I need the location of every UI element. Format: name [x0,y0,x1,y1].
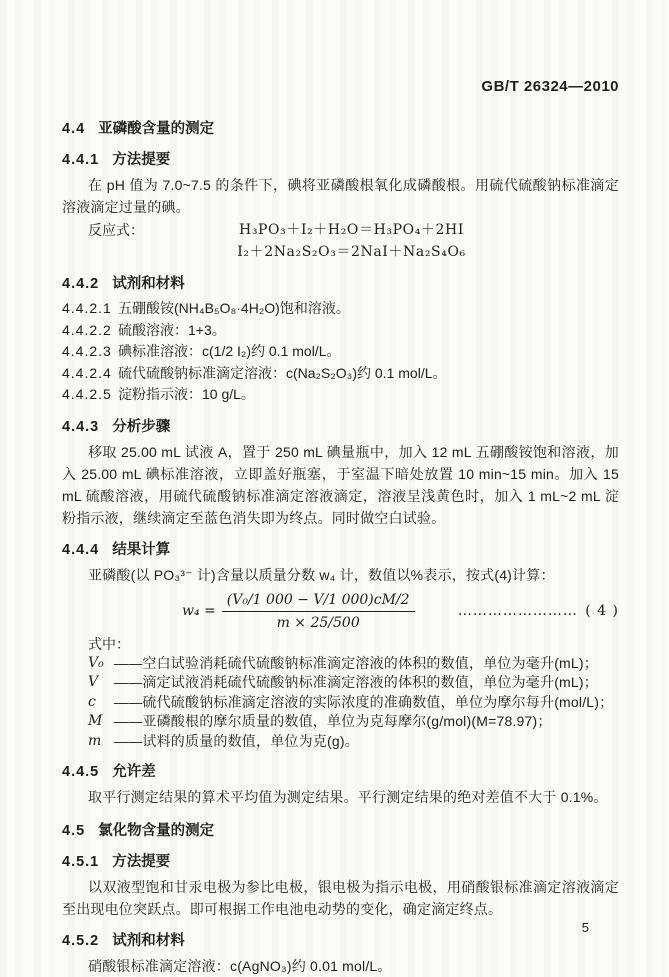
section-title: 允许差 [112,763,156,782]
paragraph-tolerance: 取平行测定结果的算术平均值为测定结果。平行测定结果的绝对差值不大于 0.1%。 [62,786,619,808]
variable-symbol: M [88,712,114,732]
variable-symbol: V [88,673,114,693]
paragraph-result-intro: 亚磷酸(以 PO₃³⁻ 计)含量以质量分数 w₄ 计，数值以%表示，按式(4)计… [62,564,619,586]
reaction-equation-2: I₂＋2Na₂S₂O₃＝2NaI＋Na₂S₄O₆ [237,244,466,260]
reagent-text: 五硼酸铵(NH₄B₅O₈·4H₂O)饱和溶液。 [118,298,350,320]
section-number: 4.4.3 [62,418,99,437]
variable-definition: c ——硫代硫酸钠标准滴定溶液的实际浓度的准确数值，单位为摩尔每升(mol/L)… [62,693,619,713]
reagent-number: 4.4.2.1 [62,298,118,320]
reagent-list: 4.4.2.1 五硼酸铵(NH₄B₅O₈·4H₂O)饱和溶液。 4.4.2.2 … [62,298,619,406]
fraction-numerator: (V₀/1 000 − V/1 000)cM/2 [222,591,415,612]
section-title: 氯化物含量的测定 [98,822,214,841]
variable-description: ——空白试验消耗硫代硫酸钠标准滴定溶液的体积的数值，单位为毫升(mL)； [114,654,619,674]
reaction-label: 反应式： [88,219,144,263]
section-number: 4.4.4 [62,541,99,560]
leader-dots: …………………… [458,603,578,619]
paragraph-method-summary: 在 pH 值为 7.0~7.5 的条件下，碘将亚磷酸根氧化成磷酸根。用硫代硫酸钠… [62,174,619,218]
section-number: 4.4.1 [62,151,99,170]
variable-definitions: V₀ ——空白试验消耗硫代硫酸钠标准滴定溶液的体积的数值，单位为毫升(mL)； … [62,654,619,752]
section-number: 4.5 [62,822,85,841]
paragraph-procedure: 移取 25.00 mL 试液 A，置于 250 mL 碘量瓶中，加入 12 mL… [62,441,619,529]
section-heading-4-5-2: 4.5.2 试剂和材料 [62,932,619,951]
section-title: 方法提要 [112,151,170,170]
section-title: 分析步骤 [112,418,170,437]
section-title: 试剂和材料 [112,932,185,951]
reaction-equations: 反应式： H₃PO₃＋I₂＋H₂O＝H₃PO₄＋2HI I₂＋2Na₂S₂O₃＝… [62,219,619,263]
reagent-number: 4.4.2.5 [62,384,118,406]
standard-code-header: GB/T 26324—2010 [62,0,619,96]
variable-description: ——亚磷酸根的摩尔质量的数值，单位为克每摩尔(g/mol)(M=78.97)； [114,712,619,732]
section-number: 4.4.5 [62,763,99,782]
reagent-item: 4.4.2.2 硫酸溶液：1+3。 [62,320,619,342]
variable-symbol: c [88,693,114,713]
section-title: 试剂和材料 [112,275,185,294]
section-heading-4-4-3: 4.4.3 分析步骤 [62,418,619,437]
variable-definition: M ——亚磷酸根的摩尔质量的数值，单位为克每摩尔(g/mol)(M=78.97)… [62,712,619,732]
section-number: 4.4.2 [62,275,99,294]
section-title: 亚磷酸含量的测定 [98,120,214,139]
section-title: 结果计算 [112,541,170,560]
fraction-denominator: m × 25/500 [222,612,415,632]
section-heading-4-5-1: 4.5.1 方法提要 [62,853,619,872]
equation-lhs: w₄ = [182,602,216,620]
equation-number: ( 4 ) [585,603,619,619]
reaction-equation-1: H₃PO₃＋I₂＋H₂O＝H₃PO₄＋2HI [239,222,464,238]
variable-definition: V₀ ——空白试验消耗硫代硫酸钠标准滴定溶液的体积的数值，单位为毫升(mL)； [62,654,619,674]
reagent-item: 4.4.2.3 碘标准溶液：c(1/2 I₂)约 0.1 mol/L。 [62,341,619,363]
equation-body: w₄ = (V₀/1 000 − V/1 000)cM/2 m × 25/500 [182,591,415,632]
reagent-number: 4.4.2.4 [62,363,118,385]
equation-leader: …………………… ( 4 ) [415,602,619,620]
reagent-item: 4.4.2.1 五硼酸铵(NH₄B₅O₈·4H₂O)饱和溶液。 [62,298,619,320]
paragraph-chloride-method: 以双液型饱和甘汞电极为参比电极，银电极为指示电极，用硝酸银标准滴定溶液滴定至出现… [62,876,619,920]
document-page: GB/T 26324—2010 4.4 亚磷酸含量的测定 4.4.1 方法提要 … [0,0,669,977]
paragraph-silver-nitrate: 硝酸银标准滴定溶液：c(AgNO₃)约 0.01 mol/L。 [62,955,619,977]
variable-definition: m ——试料的质量的数值，单位为克(g)。 [62,732,619,752]
variable-description: ——硫代硫酸钠标准滴定溶液的实际浓度的准确数值，单位为摩尔每升(mol/L)； [114,693,619,713]
where-label: 式中： [62,635,619,654]
section-heading-4-4-4: 4.4.4 结果计算 [62,541,619,560]
section-title: 方法提要 [112,853,170,872]
section-number: 4.4 [62,120,85,139]
reagent-number: 4.4.2.3 [62,341,118,363]
reagent-item: 4.4.2.5 淀粉指示液：10 g/L。 [62,384,619,406]
section-number: 4.5.1 [62,853,99,872]
reagent-text: 硫酸溶液：1+3。 [118,320,226,342]
variable-symbol: V₀ [88,654,114,674]
equation-fraction: (V₀/1 000 − V/1 000)cM/2 m × 25/500 [222,591,415,632]
section-number: 4.5.2 [62,932,99,951]
reagent-item: 4.4.2.4 硫代硫酸钠标准滴定溶液：c(Na₂S₂O₃)约 0.1 mol/… [62,363,619,385]
page-number: 5 [582,920,589,935]
reagent-text: 淀粉指示液：10 g/L。 [118,384,255,406]
section-heading-4-4-1: 4.4.1 方法提要 [62,151,619,170]
reagent-text: 碘标准溶液：c(1/2 I₂)约 0.1 mol/L。 [118,341,340,363]
reagent-text: 硫代硫酸钠标准滴定溶液：c(Na₂S₂O₃)约 0.1 mol/L。 [118,363,447,385]
reaction-equation-lines: H₃PO₃＋I₂＋H₂O＝H₃PO₄＋2HI I₂＋2Na₂S₂O₃＝2NaI＋… [144,219,559,263]
variable-description: ——试料的质量的数值，单位为克(g)。 [114,732,619,752]
variable-definition: V ——滴定试液消耗硫代硫酸钠标准滴定溶液的体积的数值，单位为毫升(mL)； [62,673,619,693]
variable-description: ——滴定试液消耗硫代硫酸钠标准滴定溶液的体积的数值，单位为毫升(mL)； [114,673,619,693]
variable-symbol: m [88,732,114,752]
section-heading-4-4: 4.4 亚磷酸含量的测定 [62,120,619,139]
reagent-number: 4.4.2.2 [62,320,118,342]
section-heading-4-4-2: 4.4.2 试剂和材料 [62,275,619,294]
section-heading-4-5: 4.5 氯化物含量的测定 [62,822,619,841]
formula-equation-4: w₄ = (V₀/1 000 − V/1 000)cM/2 m × 25/500… [62,591,619,632]
section-heading-4-4-5: 4.4.5 允许差 [62,763,619,782]
